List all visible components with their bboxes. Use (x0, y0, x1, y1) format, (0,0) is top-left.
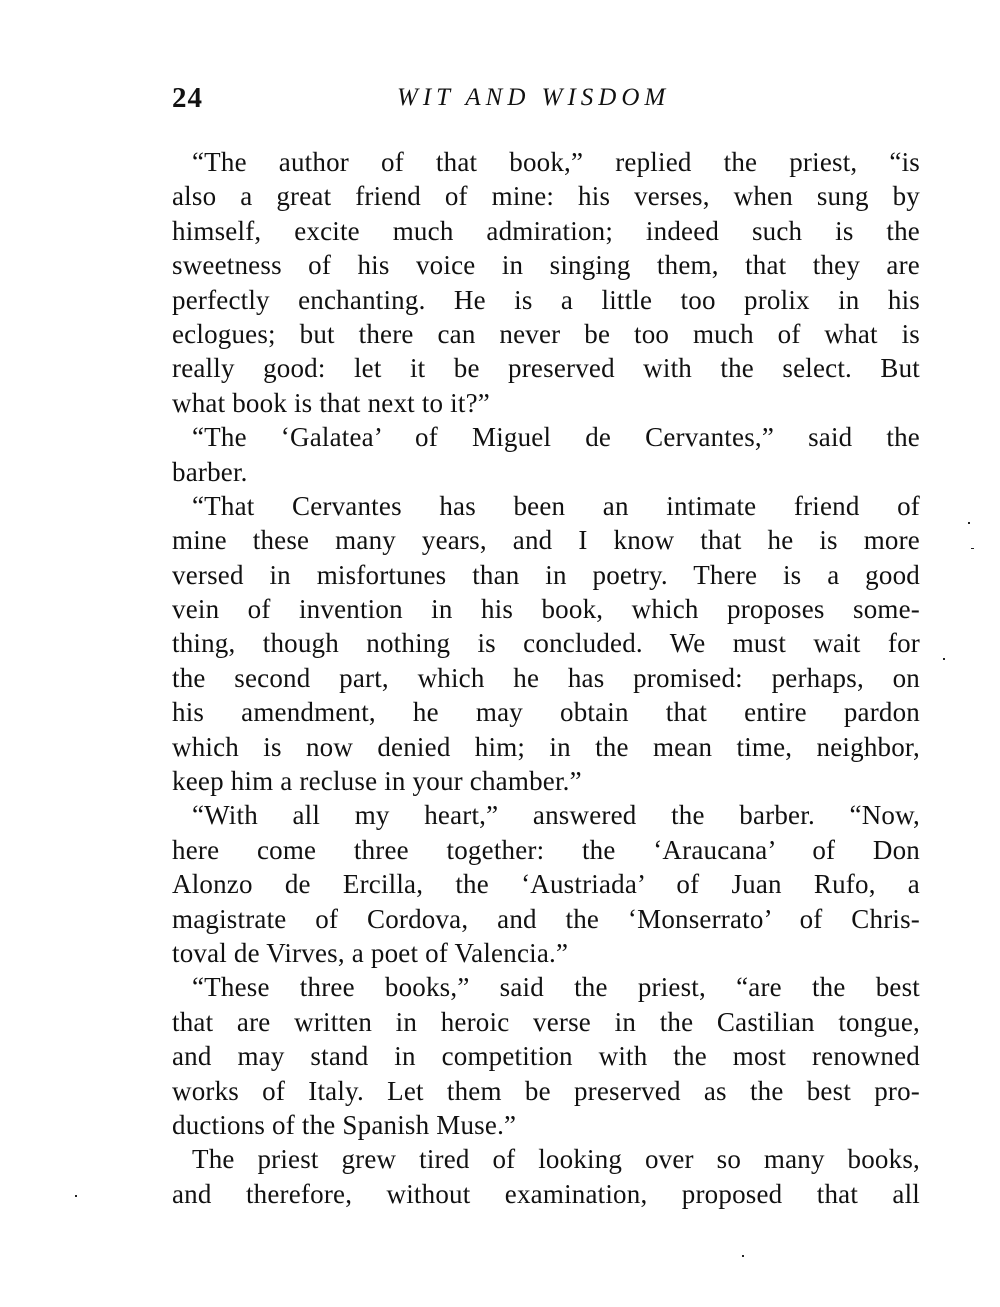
text-line: that are written in heroic verse in the … (172, 1005, 920, 1039)
text-line: “These three books,” said the priest, “a… (172, 970, 920, 1004)
text-line: “The ‘Galatea’ of Miguel de Cervantes,” … (172, 420, 920, 454)
text-line: also a great friend of mine: his verses,… (172, 179, 920, 213)
text-line: mine these many years, and I know that h… (172, 523, 920, 557)
text-line: perfectly enchanting. He is a little too… (172, 283, 920, 317)
scan-speck (971, 548, 974, 549)
text-line: which is now denied him; in the mean tim… (172, 730, 920, 764)
text-line: sweetness of his voice in singing them, … (172, 248, 920, 282)
text-line: the second part, which he has promised: … (172, 661, 920, 695)
text-line: really good: let it be preserved with th… (172, 351, 920, 385)
text-line: toval de Virves, a poet of Valencia.” (172, 936, 920, 970)
text-line: here come three together: the ‘Araucana’… (172, 833, 920, 867)
text-line: and therefore, without examination, prop… (172, 1177, 920, 1211)
text-line: The priest grew tired of looking over so… (172, 1142, 920, 1176)
text-line: keep him a recluse in your chamber.” (172, 764, 920, 798)
text-line: “With all my heart,” answered the barber… (172, 798, 920, 832)
text-line: ductions of the Spanish Muse.” (172, 1108, 920, 1142)
scan-speck (742, 1255, 744, 1257)
text-line: magistrate of Cordova, and the ‘Monserra… (172, 902, 920, 936)
text-line: Alonzo de Ercilla, the ‘Austriada’ of Ju… (172, 867, 920, 901)
text-line: thing, though nothing is concluded. We m… (172, 626, 920, 660)
text-line: works of Italy. Let them be preserved as… (172, 1074, 920, 1108)
page-number: 24 (172, 82, 203, 115)
running-title: WIT AND WISDOM (397, 84, 670, 112)
book-page: 24 WIT AND WISDOM “The author of that bo… (0, 0, 1000, 1307)
text-line: what book is that next to it?” (172, 386, 920, 420)
scan-speck (75, 1195, 77, 1197)
running-head: 24 WIT AND WISDOM (172, 82, 917, 122)
text-line: “That Cervantes has been an intimate fri… (172, 489, 920, 523)
text-line: barber. (172, 455, 920, 489)
text-line: “The author of that book,” replied the p… (172, 145, 920, 179)
text-line: himself, excite much admiration; indeed … (172, 214, 920, 248)
text-line: his amendment, he may obtain that entire… (172, 695, 920, 729)
text-line: versed in misfortunes than in poetry. Th… (172, 558, 920, 592)
body-text: “The author of that book,” replied the p… (172, 145, 920, 1211)
scan-speck (943, 658, 945, 660)
text-line: eclogues; but there can never be too muc… (172, 317, 920, 351)
scan-speck (968, 522, 970, 524)
text-line: vein of invention in his book, which pro… (172, 592, 920, 626)
text-line: and may stand in competition with the mo… (172, 1039, 920, 1073)
